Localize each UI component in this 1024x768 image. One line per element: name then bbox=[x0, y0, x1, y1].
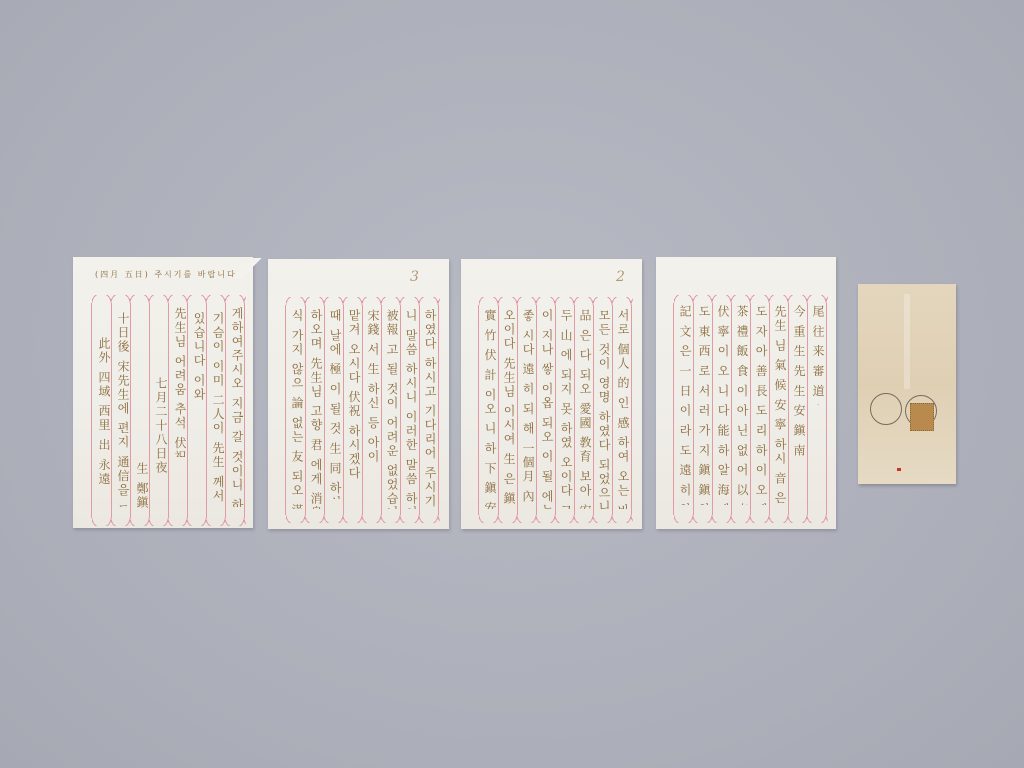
page-2-number: 3 bbox=[410, 269, 419, 285]
page-4-column-7: 도 東 西 로 서 러 가 지 鎭 鎭 하 에 여 中 명 bbox=[693, 305, 715, 505]
page-1-column-7: 此外 四域 西里 出 永遠 大世 bbox=[93, 337, 115, 492]
page-3-number: 2 bbox=[616, 269, 625, 285]
envelope bbox=[858, 284, 956, 484]
page-2-column-5: 맡겨 오시다 伏祝 하시겠다 bbox=[343, 309, 365, 509]
page-4-column-1: 尾 往 来 審 道 人 bbox=[807, 305, 829, 405]
page-4-column-5: 茶 禮 飯 食 이 아 닌 없 어 以 來 道 鄉 者 之 bbox=[731, 305, 753, 505]
letter-page-2: 3 하였다 하시고 기다리어 주시기를 바랍니다 니 말씀 하시니 이러한 말씀… bbox=[268, 259, 449, 529]
page-4-column-2: 今 重 生 先 生 安 鎭 南 bbox=[788, 305, 810, 505]
page-2-column-7: 하오며 先生님 고향 君 에게 消息 bbox=[305, 309, 327, 509]
page-4-column-4: 도 자 아 善 長 도 리 하 이 오 네 生 은 bbox=[750, 305, 772, 505]
page-1-column-3: 있습니다 이와 같이 bbox=[188, 312, 210, 402]
page-3-column-8: 實 竹 伏 計 이오 니 하 下 鎭 安 生 이 日 bbox=[479, 309, 501, 509]
page-2-column-6: 때 날에 極 이 될 것 生 同 하시어 bbox=[324, 309, 346, 499]
letter-page-3: 2 서로 個人 的 인 感 하여 오는 바 近況 에는 모든 것이 영명 하였다… bbox=[461, 259, 642, 529]
page-3-column-3: 品 은 다 되오 愛國 教育 보아 安定 히 bbox=[574, 309, 596, 509]
page-3-column-2: 모든 것이 영명 하였다 되었으니 하옵시다 保持 bbox=[593, 309, 615, 509]
page-4-column-3: 先生 님 氣 候 安 寧 하시 音 은 氣 況 仁 德 bbox=[769, 305, 791, 505]
page-1-column-2: 기슴이 이미 二人이 先生 께서 있었다 bbox=[207, 312, 229, 502]
page-4-column-8: 記 文 은 一 日 이 라 도 遠 히 하 오 나 道 德 를 bbox=[674, 305, 696, 505]
torn-corner bbox=[232, 258, 262, 278]
page-2-column-3: 被報 고 될 것이 어려운 없었습니다 bbox=[381, 309, 403, 509]
page-2-column-4: 宋錢 서 生 하신 등 아이 bbox=[362, 309, 384, 509]
page-1-top-note: (四月 五日) 주시기를 바랍니다 bbox=[95, 269, 235, 281]
postage-stamp bbox=[910, 403, 934, 431]
red-mark bbox=[897, 468, 901, 471]
page-3-column-5: 이 지나 쌓 이옵 되오 이 될 에는 목 領 히 bbox=[536, 309, 558, 509]
envelope-seam bbox=[904, 294, 910, 389]
page-4-column-6: 伏 寧 이 오 니 다 能 하 알 海 에 때 바 라 bbox=[712, 305, 734, 505]
page-1-column-4: 先生님 어려움 추석 伏祝 bbox=[169, 307, 191, 457]
page-1-signature: 生 鄭鎭 上 bbox=[131, 462, 153, 512]
page-2-column-8: 식 가지 않으 論 없는 友 되오 滿 세 bbox=[286, 309, 308, 509]
page-3-column-7: 오이다 先生님 이시여 生 은 鎭 定 하오 bbox=[498, 309, 520, 509]
page-1-column-1: 게하여주시오 지금 갈 것이니 하시며 bbox=[226, 307, 248, 507]
page-1-column-5: 七月二十八日夜 bbox=[150, 377, 172, 477]
page-3-column-6: 좋 시다 遠 히 되 해 一個月 內 에 近 况 일 듯 하 bbox=[517, 309, 539, 509]
letter-page-1: (四月 五日) 주시기를 바랍니다 게하여주시오 지금 갈 것이니 하시며 기슴… bbox=[73, 257, 253, 528]
postmark-left bbox=[870, 393, 902, 425]
letter-page-4: 尾 往 来 審 道 人 今 重 生 先 生 安 鎭 南 先生 님 氣 候 安 寧… bbox=[656, 257, 836, 529]
page-3-column-1: 서로 個人 的 인 感 하여 오는 바 近況 에는 bbox=[612, 309, 634, 509]
page-2-column-2: 니 말씀 하시니 이러한 말씀 하여 가는 bbox=[400, 309, 422, 509]
page-3-column-4: 두 山 에 되지 못 하였 오이다 그러하오나 時 況 bbox=[555, 309, 577, 509]
page-2-column-1: 하였다 하시고 기다리어 주시기를 바랍니다 bbox=[419, 309, 441, 509]
